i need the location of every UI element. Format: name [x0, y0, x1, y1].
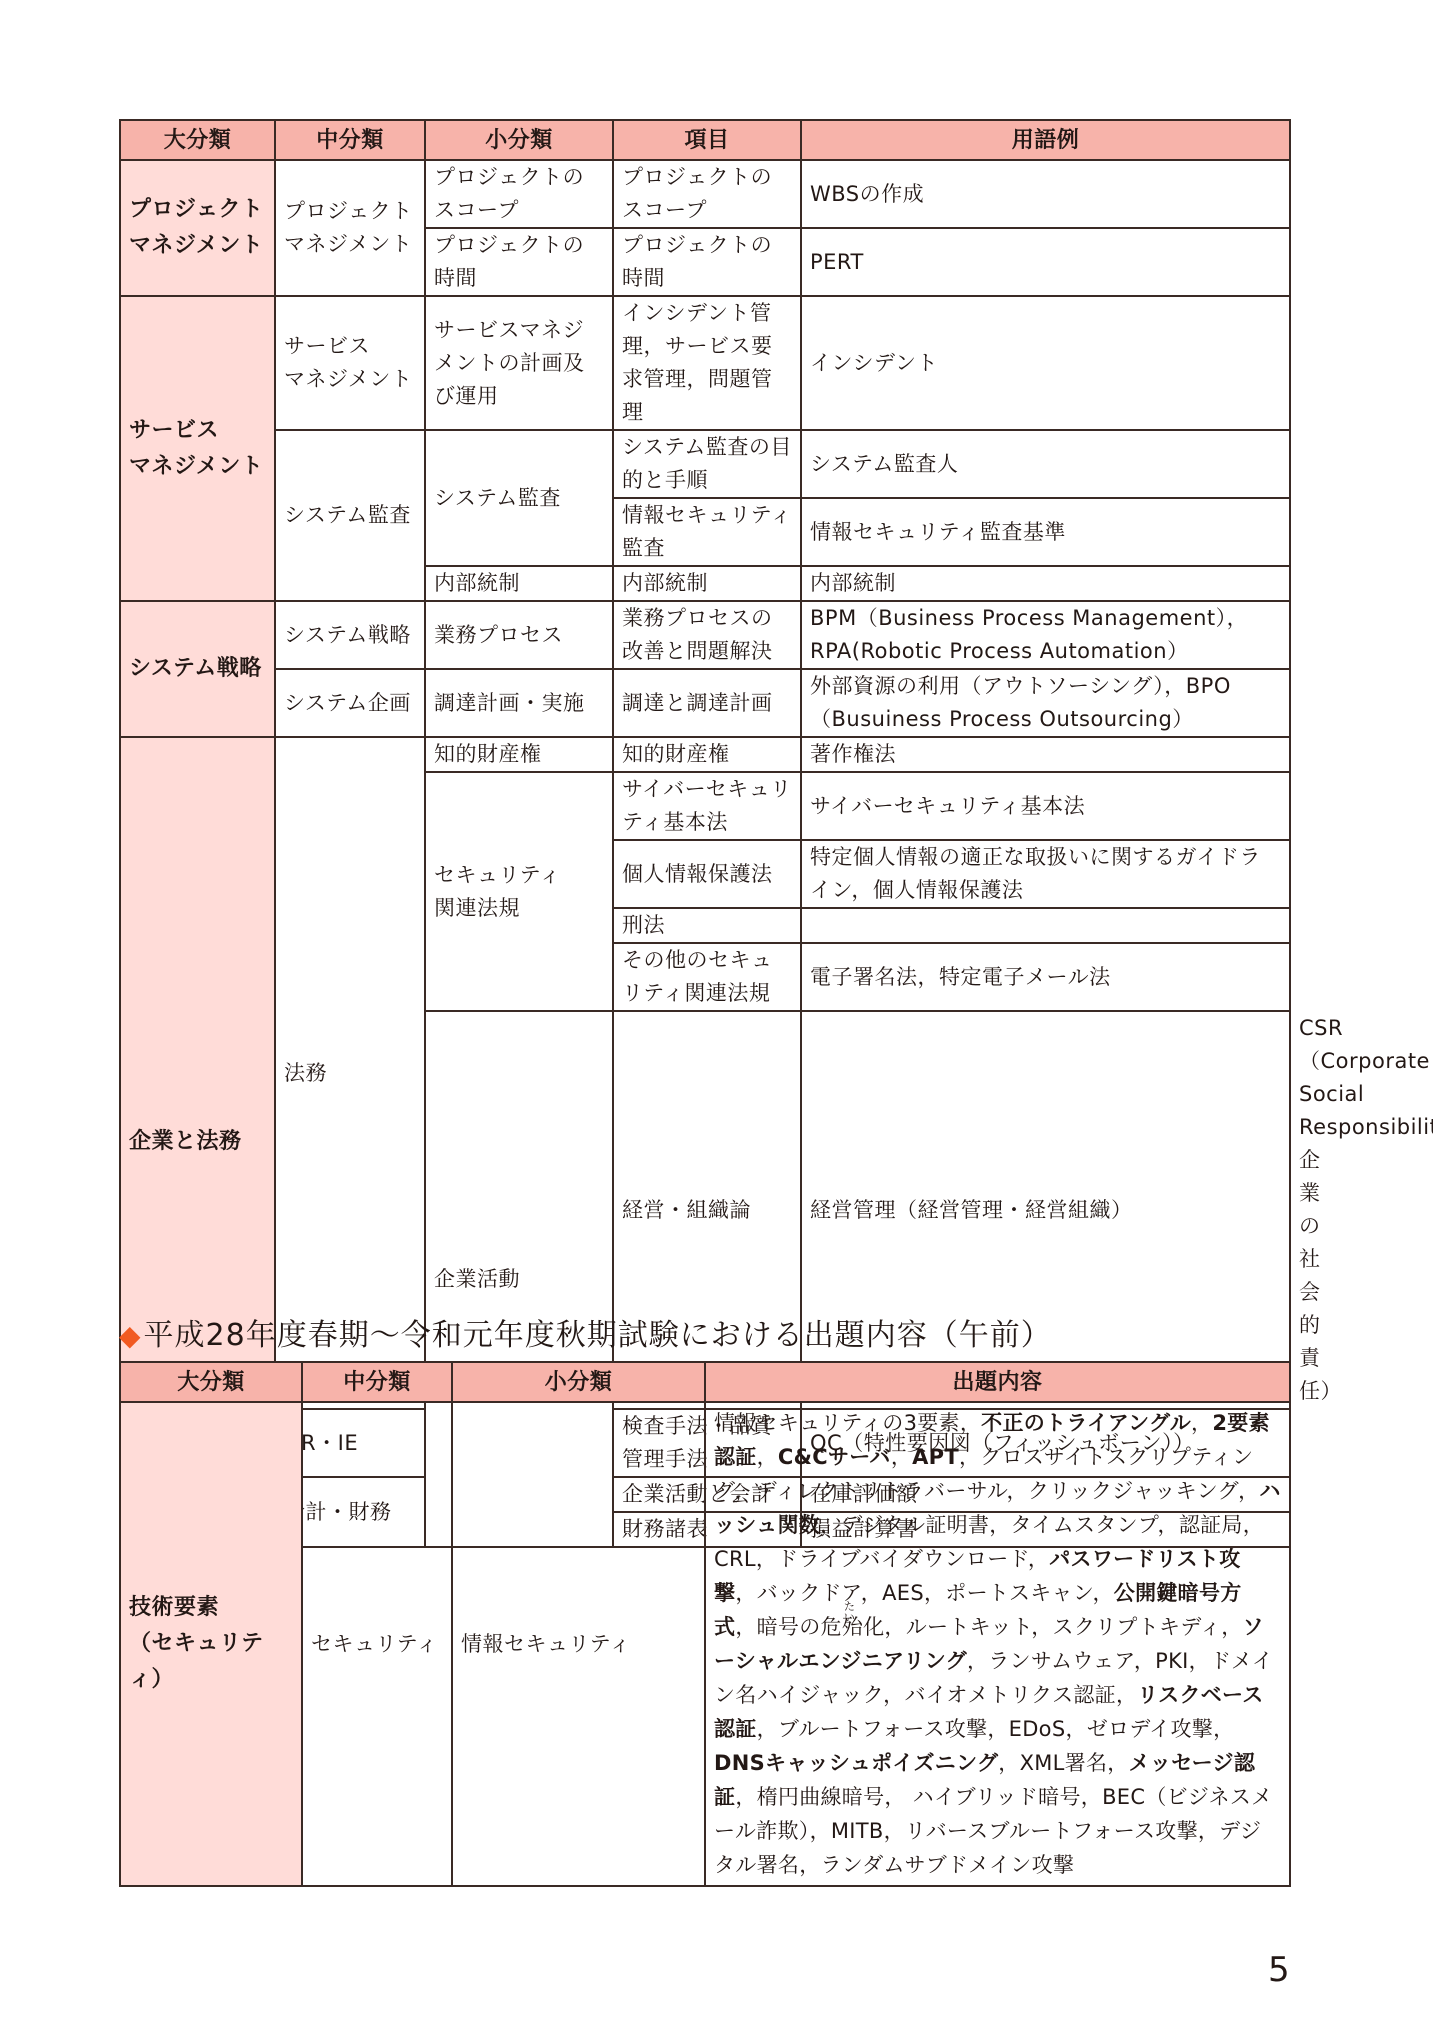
mid-line: マネジメント: [284, 228, 416, 261]
major-line: 技術要素: [129, 1590, 293, 1626]
minor-category: プロジェクトの時間: [425, 228, 613, 296]
terms-cell: システム監査人: [801, 430, 1290, 498]
item-cell: 業務プロセスの改善と問題解決: [613, 601, 801, 669]
major-category: サービス マネジメント: [120, 296, 275, 601]
table-row: 技術要素 （セキュリティ） セキュリティ 情報セキュリティ 情報セキュリティの3…: [120, 1402, 1290, 1886]
term-text: ，楕円曲線暗号， ハイブリッド暗号，BEC（ビジネスメール詐欺），MITB，リバ…: [714, 1785, 1272, 1877]
section-heading: ◆平成28年度春期～令和元年度秋期試験における出題内容（午前）: [119, 1310, 1052, 1354]
exam-content-table: 大分類 中分類 小分類 出題内容 技術要素 （セキュリティ） セキュリティ 情報…: [119, 1361, 1291, 1887]
minor-category: サービスマネジメントの計画及び運用: [425, 296, 613, 430]
mid-category: 法務: [275, 737, 425, 1409]
header-minor: 小分類: [425, 120, 613, 160]
item-cell: システム監査の目的と手順: [613, 430, 801, 498]
header-major: 大分類: [120, 1362, 302, 1402]
terms-cell: 著作権法: [801, 737, 1290, 772]
highlighted-term: C&Cサーバ: [778, 1445, 891, 1469]
table-header-row: 大分類 中分類 小分類 出題内容: [120, 1362, 1290, 1402]
header-item: 項目: [613, 120, 801, 160]
item-cell: サイバーセキュリティ基本法: [613, 772, 801, 840]
mid-category: システム企画: [275, 669, 425, 737]
term-text: ，: [1191, 1411, 1212, 1435]
header-mid: 中分類: [275, 120, 425, 160]
minor-category: 業務プロセス: [425, 601, 613, 669]
term-text: ，ブルートフォース攻撃，EDoS，ゼロデイ攻撃，: [757, 1717, 1235, 1741]
table-row: プロジェクト マネジメント プロジェクト マネジメント プロジェクトのスコープ …: [120, 160, 1290, 228]
mid-category: システム戦略: [275, 601, 425, 669]
mid-category: システム監査: [275, 430, 425, 601]
mid-category: セキュリティ: [302, 1402, 452, 1886]
minor-category: セキュリティ 関連法規: [425, 772, 613, 1011]
minor-category: 内部統制: [425, 566, 613, 601]
item-cell: 個人情報保護法: [613, 840, 801, 908]
header-content: 出題内容: [705, 1362, 1290, 1402]
exam-topics-cell: 情報セキュリティの3要素，不正のトライアングル，2要素認証，C&Cサーバ，APT…: [705, 1402, 1290, 1886]
terms-cell: 特定個人情報の適正な取扱いに関するガイドライン，個人情報保護法: [801, 840, 1290, 908]
major-line: マネジメント: [129, 228, 266, 264]
terms-cell: 電子署名法，特定電子メール法: [801, 943, 1290, 1011]
major-category: 技術要素 （セキュリティ）: [120, 1402, 302, 1886]
terms-cell: インシデント: [801, 296, 1290, 430]
table-row: 企業と法務 法務 知的財産権 知的財産権 著作権法: [120, 737, 1290, 772]
header-minor: 小分類: [452, 1362, 705, 1402]
page-number: 5: [1268, 1950, 1290, 1990]
terms-cell: 情報セキュリティ監査基準: [801, 498, 1290, 566]
term-text: ，暗号の危殆たい化，ルートキット，スクリプトキディ，: [735, 1615, 1242, 1639]
terms-cell: PERT: [801, 228, 1290, 296]
table-row: システム企画 調達計画・実施 調達と調達計画 外部資源の利用（アウトソーシング）…: [120, 669, 1290, 737]
item-cell: 知的財産権: [613, 737, 801, 772]
header-mid: 中分類: [302, 1362, 452, 1402]
item-cell: 内部統制: [613, 566, 801, 601]
ruby-annotation: 殆たい: [842, 1615, 863, 1639]
term-text: ，XML署名，: [998, 1751, 1128, 1775]
major-line: マネジメント: [129, 449, 266, 485]
mid-category: サービス マネジメント: [275, 296, 425, 430]
table-row: システム戦略 システム戦略 業務プロセス 業務プロセスの改善と問題解決 BPM（…: [120, 601, 1290, 669]
item-cell: 調達と調達計画: [613, 669, 801, 737]
term-text: ，バックドア，AES，ポートスキャン，: [735, 1581, 1113, 1605]
highlighted-term: DNSキャッシュポイズニング: [714, 1751, 998, 1775]
item-cell: プロジェクトの時間: [613, 228, 801, 296]
minor-line: セキュリティ: [434, 859, 604, 892]
major-line: プロジェクト: [129, 192, 266, 228]
minor-category: プロジェクトのスコープ: [425, 160, 613, 228]
minor-category: 調達計画・実施: [425, 669, 613, 737]
major-line: （セキュリティ）: [129, 1626, 293, 1698]
terms-cell: 内部統制: [801, 566, 1290, 601]
header-terms: 用語例: [801, 120, 1290, 160]
item-cell: プロジェクトのスコープ: [613, 160, 801, 228]
minor-category: 知的財産権: [425, 737, 613, 772]
section-title-text: 平成28年度春期～令和元年度秋期試験における出題内容（午前）: [144, 1318, 1052, 1353]
mid-line: マネジメント: [284, 363, 416, 396]
item-cell: インシデント管理，サービス要求管理，問題管理: [613, 296, 801, 430]
diamond-icon: ◆: [119, 1319, 142, 1352]
major-category: プロジェクト マネジメント: [120, 160, 275, 296]
terms-cell: サイバーセキュリティ基本法: [801, 772, 1290, 840]
terms-cell: BPM（Business Process Management），RPA(Rob…: [801, 601, 1290, 669]
item-cell: その他のセキュリティ関連法規: [613, 943, 801, 1011]
highlighted-term: APT: [912, 1445, 959, 1469]
mid-line: プロジェクト: [284, 195, 416, 228]
major-category: システム戦略: [120, 601, 275, 737]
mid-category: プロジェクト マネジメント: [275, 160, 425, 296]
minor-category: システム監査: [425, 430, 613, 566]
terms-cell: 外部資源の利用（アウトソーシング），BPO（Busuiness Process …: [801, 669, 1290, 737]
terms-cell: [801, 908, 1290, 943]
minor-line: 関連法規: [434, 892, 604, 925]
minor-category: 情報セキュリティ: [452, 1402, 705, 1886]
table-row: サービス マネジメント サービス マネジメント サービスマネジメントの計画及び運…: [120, 296, 1290, 430]
term-text: ，: [757, 1445, 778, 1469]
highlighted-term: 不正のトライアングル: [981, 1411, 1191, 1435]
item-cell: 情報セキュリティ監査: [613, 498, 801, 566]
table-row: システム監査 システム監査 システム監査の目的と手順 システム監査人: [120, 430, 1290, 498]
table-header-row: 大分類 中分類 小分類 項目 用語例: [120, 120, 1290, 160]
item-cell: 刑法: [613, 908, 801, 943]
header-major: 大分類: [120, 120, 275, 160]
term-text: 情報セキュリティの3要素，: [714, 1411, 981, 1435]
mid-line: サービス: [284, 330, 416, 363]
major-line: サービス: [129, 413, 266, 449]
term-text: ，: [891, 1445, 912, 1469]
terms-cell: WBSの作成: [801, 160, 1290, 228]
